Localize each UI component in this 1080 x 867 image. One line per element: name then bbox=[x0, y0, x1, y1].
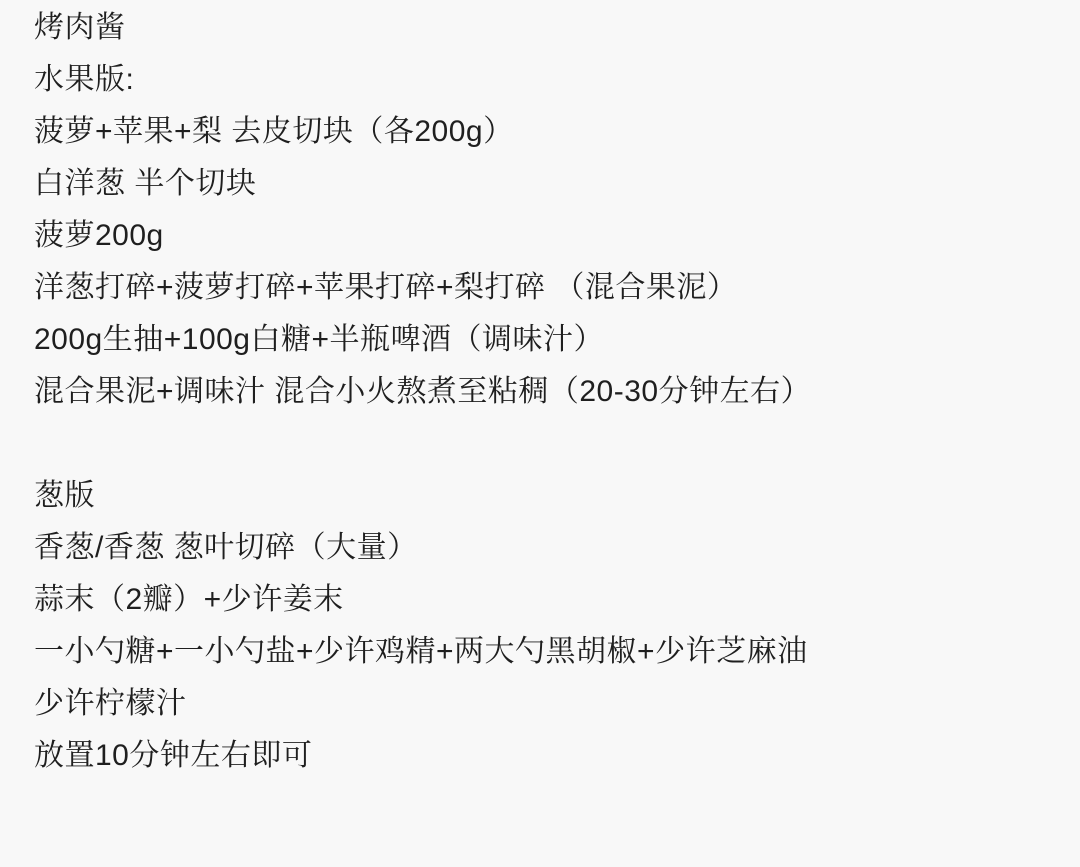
recipe-line-seasonings: 一小勺糖+一小勺盐+少许鸡精+两大勺黑胡椒+少许芝麻油 bbox=[34, 626, 1050, 678]
recipe-line-lemon-juice: 少许柠檬汁 bbox=[34, 678, 1050, 730]
blank-line bbox=[34, 418, 1050, 470]
recipe-line-fruit-puree: 洋葱打碎+菠萝打碎+苹果打碎+梨打碎 （混合果泥） bbox=[34, 262, 1050, 314]
recipe-line-onion: 白洋葱 半个切块 bbox=[34, 158, 1050, 210]
section-heading-scallion-version: 葱版 bbox=[34, 470, 1050, 522]
section-heading-fruit-version: 水果版: bbox=[34, 54, 1050, 106]
recipe-line-pineapple: 菠萝200g bbox=[34, 210, 1050, 262]
recipe-line-rest-time: 放置10分钟左右即可 bbox=[34, 730, 1050, 782]
recipe-line-garlic-ginger: 蒜末（2瓣）+少许姜末 bbox=[34, 574, 1050, 626]
recipe-title: 烤肉酱 bbox=[34, 2, 1050, 54]
recipe-line-simmer: 混合果泥+调味汁 混合小火熬煮至粘稠（20-30分钟左右） bbox=[34, 366, 1050, 418]
recipe-line-scallion: 香葱/香葱 葱叶切碎（大量） bbox=[34, 522, 1050, 574]
recipe-line-seasoning-sauce: 200g生抽+100g白糖+半瓶啤酒（调味汁） bbox=[34, 314, 1050, 366]
recipe-line-fruit-ingredients: 菠萝+苹果+梨 去皮切块（各200g） bbox=[34, 106, 1050, 158]
note-content: 烤肉酱 水果版: 菠萝+苹果+梨 去皮切块（各200g） 白洋葱 半个切块 菠萝… bbox=[0, 0, 1080, 867]
